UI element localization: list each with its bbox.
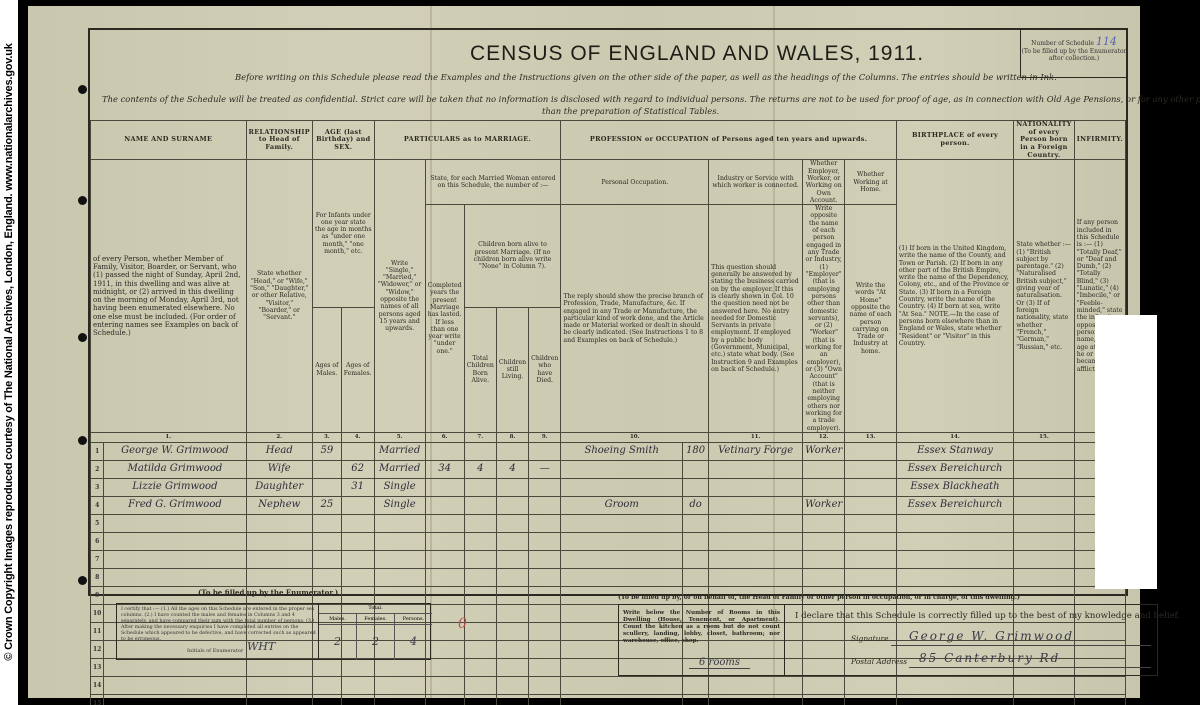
occupation-code-cell xyxy=(683,460,709,478)
subheader-birthplace: (1) If born in the United Kingdom, write… xyxy=(896,160,1013,433)
table-row: 4Fred G. GrimwoodNephew25SingleGroomdoWo… xyxy=(91,496,1126,514)
industry-cell xyxy=(709,496,803,514)
males-value: 2 xyxy=(319,625,356,648)
infirmity-cell xyxy=(1074,676,1125,694)
children-living-cell xyxy=(496,694,528,705)
punch-hole xyxy=(78,436,87,445)
age-female-cell xyxy=(341,568,374,586)
occupation-cell xyxy=(561,460,683,478)
employer-status-cell xyxy=(803,460,845,478)
children-died-cell xyxy=(529,550,561,568)
years-married-cell: 34 xyxy=(425,460,464,478)
column-number: 9. xyxy=(529,432,561,442)
name-cell: Fred G. Grimwood xyxy=(104,496,246,514)
confidentiality-notice-cont: than the preparation of Statistical Tabl… xyxy=(542,106,719,116)
at-home-cell xyxy=(845,496,897,514)
infirmity-cell xyxy=(1074,694,1125,705)
years-married-cell xyxy=(425,676,464,694)
marital-cell: Single xyxy=(374,478,425,496)
marital-cell xyxy=(374,532,425,550)
column-number: 11. xyxy=(709,432,803,442)
children-total-cell xyxy=(464,496,496,514)
children-living-cell xyxy=(496,640,528,658)
industry-cell xyxy=(709,478,803,496)
children-died-cell xyxy=(529,496,561,514)
persons-value: 4 xyxy=(395,625,432,648)
years-married-cell xyxy=(425,478,464,496)
column-number: 10. xyxy=(561,432,709,442)
nationality-cell xyxy=(1014,694,1075,705)
persons-label: Persons. xyxy=(395,614,432,625)
relationship-cell: Head xyxy=(246,442,312,460)
householder-box: Write below the Number of Rooms in this … xyxy=(618,604,1158,676)
relationship-cell: Wife xyxy=(246,460,312,478)
industry-cell xyxy=(709,514,803,532)
subheader-at-home: Whether Working at Home. xyxy=(845,160,897,205)
page-title: CENSUS OF ENGLAND AND WALES, 1911. xyxy=(470,42,924,66)
children-living-cell xyxy=(496,478,528,496)
occupation-code-cell xyxy=(683,532,709,550)
header-birthplace: BIRTHPLACE of every person. xyxy=(896,121,1013,160)
children-living-cell xyxy=(496,604,528,622)
header-profession: PROFESSION or OCCUPATION of Persons aged… xyxy=(561,121,896,160)
at-home-cell xyxy=(845,550,897,568)
age-female-cell: 62 xyxy=(341,460,374,478)
employer-status-cell xyxy=(803,694,845,705)
census-schedule-page: CENSUS OF ENGLAND AND WALES, 1911. Befor… xyxy=(28,6,1140,698)
occupation-cell xyxy=(561,550,683,568)
nationality-cell xyxy=(1014,442,1075,460)
subheader-age-infants: For Infants under one year state the age… xyxy=(312,160,374,307)
age-male-cell xyxy=(312,532,341,550)
address-label: Postal Address xyxy=(851,657,907,666)
schedule-number-note: (To be filled up by the Enumerator after… xyxy=(1021,48,1127,62)
householder-section-title: (To be filled up by, or on behalf of, th… xyxy=(618,594,1020,601)
nationality-cell xyxy=(1014,460,1075,478)
children-living-cell xyxy=(496,532,528,550)
children-total-cell xyxy=(464,676,496,694)
subheader-occupation-note: The reply should show the precise branch… xyxy=(561,205,709,433)
age-female-cell xyxy=(341,550,374,568)
age-female-cell xyxy=(341,658,374,676)
children-living-cell xyxy=(496,514,528,532)
marital-cell: Married xyxy=(374,460,425,478)
relationship-cell: Nephew xyxy=(246,496,312,514)
children-died-cell xyxy=(529,604,561,622)
row-number: 7 xyxy=(91,550,104,568)
employer-status-cell xyxy=(803,478,845,496)
children-total-cell xyxy=(464,442,496,460)
birthplace-cell xyxy=(896,568,1013,586)
totals-persons: Persons.4 xyxy=(395,614,432,660)
employer-status-cell: Worker xyxy=(803,496,845,514)
industry-cell xyxy=(709,568,803,586)
relationship-cell xyxy=(246,514,312,532)
at-home-cell xyxy=(845,568,897,586)
table-row: 8 xyxy=(91,568,1126,586)
row-number: 9 xyxy=(91,586,104,604)
copyright-text: © Crown Copyright Images reproduced cour… xyxy=(3,43,15,660)
children-total-cell xyxy=(464,622,496,640)
relationship-cell xyxy=(246,532,312,550)
nationality-cell xyxy=(1014,478,1075,496)
age-male-cell xyxy=(312,694,341,705)
occupation-cell xyxy=(561,514,683,532)
subheader-children-died: Children who have Died. xyxy=(529,307,561,432)
at-home-cell xyxy=(845,694,897,705)
employer-status-cell xyxy=(803,676,845,694)
children-total-cell xyxy=(464,550,496,568)
occupation-cell xyxy=(561,568,683,586)
children-died-cell xyxy=(529,676,561,694)
industry-cell xyxy=(709,460,803,478)
years-married-cell xyxy=(425,568,464,586)
children-living-cell xyxy=(496,622,528,640)
table-row: 6 xyxy=(91,532,1126,550)
children-living-cell xyxy=(496,586,528,604)
enumerator-certification: I certify that :— (1.) All the ages on t… xyxy=(121,607,316,643)
name-cell: Matilda Grimwood xyxy=(104,460,246,478)
nationality-cell xyxy=(1014,676,1075,694)
table-row: 2Matilda GrimwoodWife62Married3444—Essex… xyxy=(91,460,1126,478)
name-cell xyxy=(104,694,246,705)
age-male-cell xyxy=(312,478,341,496)
females-label: Females. xyxy=(357,614,394,625)
name-cell xyxy=(104,550,246,568)
marital-cell xyxy=(374,550,425,568)
subheader-age-females: Ages of Females. xyxy=(341,307,374,432)
subheader-relationship: State whether "Head," or "Wife," "Son," … xyxy=(246,160,312,433)
subheader-employer: Whether Employer, Worker, or Working on … xyxy=(803,160,845,205)
row-number: 5 xyxy=(91,514,104,532)
marital-cell: Single xyxy=(374,496,425,514)
enumerator-section-title: (To be filled up by the Enumerator.) xyxy=(198,588,338,597)
children-total-cell xyxy=(464,640,496,658)
schedule-number-label: Number of Schedule xyxy=(1031,40,1094,47)
birthplace-cell: Essex Stanway xyxy=(896,442,1013,460)
children-died-cell xyxy=(529,640,561,658)
occupation-cell xyxy=(561,676,683,694)
row-number: 15 xyxy=(91,694,104,705)
children-living-cell xyxy=(496,550,528,568)
age-female-cell xyxy=(341,586,374,604)
years-married-cell xyxy=(425,658,464,676)
children-died-cell: — xyxy=(529,460,561,478)
age-female-cell: 31 xyxy=(341,478,374,496)
nationality-cell xyxy=(1014,496,1075,514)
totals-males: Males.2 xyxy=(319,614,357,660)
column-number: 6. xyxy=(425,432,464,442)
table-row: 7 xyxy=(91,550,1126,568)
column-number: 4. xyxy=(341,432,374,442)
children-total-cell xyxy=(464,532,496,550)
rooms-instruction: Write below the Number of Rooms in this … xyxy=(619,605,784,650)
marital-cell xyxy=(374,568,425,586)
children-living-cell xyxy=(496,568,528,586)
children-total-cell xyxy=(464,568,496,586)
children-total-cell xyxy=(464,586,496,604)
table-row: 3Lizzie GrimwoodDaughter31SingleEssex Bl… xyxy=(91,478,1126,496)
years-married-cell xyxy=(425,694,464,705)
column-number: 5. xyxy=(374,432,425,442)
row-number: 10 xyxy=(91,604,104,622)
subheader-row-1: of every Person, whether Member of Famil… xyxy=(91,160,1126,205)
row-number: 14 xyxy=(91,676,104,694)
children-died-cell xyxy=(529,586,561,604)
years-married-cell xyxy=(425,442,464,460)
subheader-employer-note: Write opposite the name of each person e… xyxy=(803,205,845,433)
employer-status-cell xyxy=(803,514,845,532)
children-living-cell xyxy=(496,496,528,514)
age-male-cell: 59 xyxy=(312,442,341,460)
marital-cell xyxy=(374,676,425,694)
signature-value: George W. Grimwood xyxy=(909,629,1074,643)
occupation-code-cell xyxy=(683,550,709,568)
name-cell: Lizzie Grimwood xyxy=(104,478,246,496)
age-female-cell xyxy=(341,442,374,460)
red-pencil-mark: 0 xyxy=(458,616,467,632)
totals-box: Total. Males.2 Females.2 Persons.4 xyxy=(318,604,432,659)
subheader-children-living: Children still Living. xyxy=(496,307,528,432)
table-row: 5 xyxy=(91,514,1126,532)
row-number: 11 xyxy=(91,622,104,640)
at-home-cell xyxy=(845,460,897,478)
industry-cell xyxy=(709,676,803,694)
header-name: NAME AND SURNAME xyxy=(91,121,247,160)
rooms-value: 6 rooms xyxy=(689,657,750,669)
row-number: 4 xyxy=(91,496,104,514)
occupation-cell: Groom xyxy=(561,496,683,514)
nationality-cell xyxy=(1014,550,1075,568)
children-died-cell xyxy=(529,658,561,676)
at-home-cell xyxy=(845,676,897,694)
totals-females: Females.2 xyxy=(357,614,395,660)
enumerator-initials-label: Initials of Enumerator xyxy=(187,648,243,654)
industry-cell xyxy=(709,694,803,705)
at-home-cell xyxy=(845,514,897,532)
column-number: 7. xyxy=(464,432,496,442)
children-total-cell: 4 xyxy=(464,460,496,478)
confidentiality-notice: The contents of the Schedule will be tre… xyxy=(102,94,1200,104)
row-number: 6 xyxy=(91,532,104,550)
column-number: 1. xyxy=(91,432,247,442)
column-number: 12. xyxy=(803,432,845,442)
subheader-marital: Write "Single," "Married," "Widower," or… xyxy=(374,160,425,433)
years-married-cell xyxy=(425,550,464,568)
declaration-text: I declare that this Schedule is correctl… xyxy=(795,611,1180,621)
industry-cell xyxy=(709,550,803,568)
years-married-cell xyxy=(425,586,464,604)
subheader-name: of every Person, whether Member of Famil… xyxy=(91,160,247,433)
nationality-cell xyxy=(1014,586,1075,604)
birthplace-cell: Essex Bereichurch xyxy=(896,496,1013,514)
header-infirmity: INFIRMITY. xyxy=(1074,121,1125,160)
subheader-nationality: State whether :— (1) "British subject by… xyxy=(1014,160,1075,433)
employer-status-cell xyxy=(803,550,845,568)
row-number: 12 xyxy=(91,640,104,658)
industry-cell xyxy=(709,532,803,550)
marital-cell xyxy=(374,658,425,676)
age-male-cell xyxy=(312,550,341,568)
occupation-code-cell xyxy=(683,514,709,532)
rooms-section: Write below the Number of Rooms in this … xyxy=(619,605,785,675)
nationality-cell xyxy=(1014,532,1075,550)
children-total-cell xyxy=(464,694,496,705)
address-value: 85 Canterbury Rd xyxy=(919,651,1060,665)
punch-hole xyxy=(78,333,87,342)
row-number: 3 xyxy=(91,478,104,496)
children-died-cell xyxy=(529,442,561,460)
children-living-cell xyxy=(496,658,528,676)
marital-cell xyxy=(374,514,425,532)
header-nationality: NATIONALITY of every Person born in a Fo… xyxy=(1014,121,1075,160)
females-value: 2 xyxy=(357,625,394,648)
years-married-cell xyxy=(425,496,464,514)
birthplace-cell: Essex Blackheath xyxy=(896,478,1013,496)
birthplace-cell xyxy=(896,514,1013,532)
age-male-cell xyxy=(312,676,341,694)
copyright-credit: © Crown Copyright Images reproduced cour… xyxy=(0,0,18,705)
name-cell xyxy=(104,532,246,550)
column-number: 2. xyxy=(246,432,312,442)
subheader-industry: Industry or Service with which worker is… xyxy=(709,160,803,205)
name-cell xyxy=(104,658,246,676)
age-female-cell xyxy=(341,514,374,532)
schedule-frame: CENSUS OF ENGLAND AND WALES, 1911. Befor… xyxy=(88,28,1128,596)
subheader-children-born: Children born alive to present Marriage.… xyxy=(464,205,561,307)
marital-cell xyxy=(374,586,425,604)
totals-label: Total. xyxy=(319,604,432,614)
column-number: 15. xyxy=(1014,432,1075,442)
occupation-code-cell xyxy=(683,568,709,586)
age-female-cell xyxy=(341,496,374,514)
nationality-cell xyxy=(1014,568,1075,586)
children-living-cell xyxy=(496,442,528,460)
occupation-cell xyxy=(561,532,683,550)
age-female-cell xyxy=(341,532,374,550)
occupation-cell xyxy=(561,694,683,705)
relationship-cell xyxy=(246,658,312,676)
children-died-cell xyxy=(529,532,561,550)
column-number: 13. xyxy=(845,432,897,442)
enumerator-box: I certify that :— (1.) All the ages on t… xyxy=(116,603,431,660)
row-number: 2 xyxy=(91,460,104,478)
children-total-cell xyxy=(464,478,496,496)
occupation-code-cell xyxy=(683,478,709,496)
children-living-cell: 4 xyxy=(496,460,528,478)
subheader-married-woman: State, for each Married Woman entered on… xyxy=(425,160,561,205)
subheader-at-home-note: Write the words "At Home" opposite the n… xyxy=(845,205,897,433)
employer-status-cell xyxy=(803,532,845,550)
enumerator-initials: WHT xyxy=(247,640,275,653)
punch-hole xyxy=(78,576,87,585)
children-died-cell xyxy=(529,622,561,640)
occupation-code-cell: do xyxy=(683,496,709,514)
age-male-cell xyxy=(312,460,341,478)
birthplace-cell xyxy=(896,532,1013,550)
at-home-cell xyxy=(845,442,897,460)
column-number-row: 1. 2. 3. 4. 5. 6. 7. 8. 9. 10. 11. 12. 1… xyxy=(91,432,1126,442)
age-female-cell xyxy=(341,694,374,705)
marital-cell: Married xyxy=(374,442,425,460)
punch-hole xyxy=(78,85,87,94)
age-male-cell xyxy=(312,514,341,532)
industry-cell: Vetinary Forge xyxy=(709,442,803,460)
occupation-code-cell xyxy=(683,694,709,705)
subheader-total-children: Total Children Born Alive. xyxy=(464,307,496,432)
schedule-number-value: 114 xyxy=(1096,35,1117,48)
schedule-number-box: Number of Schedule 114 (To be filled up … xyxy=(1020,28,1128,78)
header-marriage: PARTICULARS as to MARRIAGE. xyxy=(374,121,561,160)
nationality-cell xyxy=(1014,514,1075,532)
occupation-cell xyxy=(561,478,683,496)
children-total-cell xyxy=(464,514,496,532)
relationship-cell xyxy=(246,694,312,705)
occupation-cell: Shoeing Smith xyxy=(561,442,683,460)
column-number: 8. xyxy=(496,432,528,442)
address-line xyxy=(909,667,1151,668)
redaction-patch xyxy=(1095,315,1157,589)
row-number: 1 xyxy=(91,442,104,460)
years-married-cell xyxy=(425,514,464,532)
signature-line xyxy=(891,645,1151,646)
relationship-cell: Daughter xyxy=(246,478,312,496)
column-number: 14. xyxy=(896,432,1013,442)
age-female-cell xyxy=(341,676,374,694)
occupation-code-cell: 180 xyxy=(683,442,709,460)
signature-label: Signature xyxy=(851,634,889,643)
age-male-cell: 25 xyxy=(312,496,341,514)
table-row: 14 xyxy=(91,676,1126,694)
subheader-age-males: Ages of Males. xyxy=(312,307,341,432)
age-male-cell xyxy=(312,658,341,676)
subheader-completed-years: Completed years the present Marriage has… xyxy=(425,205,464,433)
birthplace-cell: Essex Bereichurch xyxy=(896,460,1013,478)
table-row: 1George W. GrimwoodHead59MarriedShoeing … xyxy=(91,442,1126,460)
header-age: AGE (last Birthday) and SEX. xyxy=(312,121,374,160)
subheader-industry-note: This question should generally be answer… xyxy=(709,205,803,433)
at-home-cell xyxy=(845,478,897,496)
infirmity-cell xyxy=(1074,586,1125,604)
children-died-cell xyxy=(529,568,561,586)
birthplace-cell xyxy=(896,550,1013,568)
children-total-cell xyxy=(464,658,496,676)
row-number: 8 xyxy=(91,568,104,586)
name-cell xyxy=(104,514,246,532)
children-died-cell xyxy=(529,478,561,496)
relationship-cell xyxy=(246,568,312,586)
header-relationship: RELATIONSHIP to Head of Family. xyxy=(246,121,312,160)
header-row: NAME AND SURNAME RELATIONSHIP to Head of… xyxy=(91,121,1126,160)
subheader-personal-occupation: Personal Occupation. xyxy=(561,160,709,205)
column-number: 3. xyxy=(312,432,341,442)
occupation-code-cell xyxy=(683,676,709,694)
relationship-cell xyxy=(246,676,312,694)
children-total-cell xyxy=(464,604,496,622)
age-male-cell xyxy=(312,568,341,586)
punch-hole xyxy=(78,196,87,205)
name-cell: George W. Grimwood xyxy=(104,442,246,460)
employer-status-cell xyxy=(803,568,845,586)
years-married-cell xyxy=(425,532,464,550)
children-died-cell xyxy=(529,694,561,705)
intro-instructions: Before writing on this Schedule please r… xyxy=(235,72,1057,82)
marital-cell xyxy=(374,694,425,705)
birthplace-cell xyxy=(896,676,1013,694)
table-row: 15 xyxy=(91,694,1126,705)
relationship-cell xyxy=(246,550,312,568)
employer-status-cell: Worker xyxy=(803,442,845,460)
